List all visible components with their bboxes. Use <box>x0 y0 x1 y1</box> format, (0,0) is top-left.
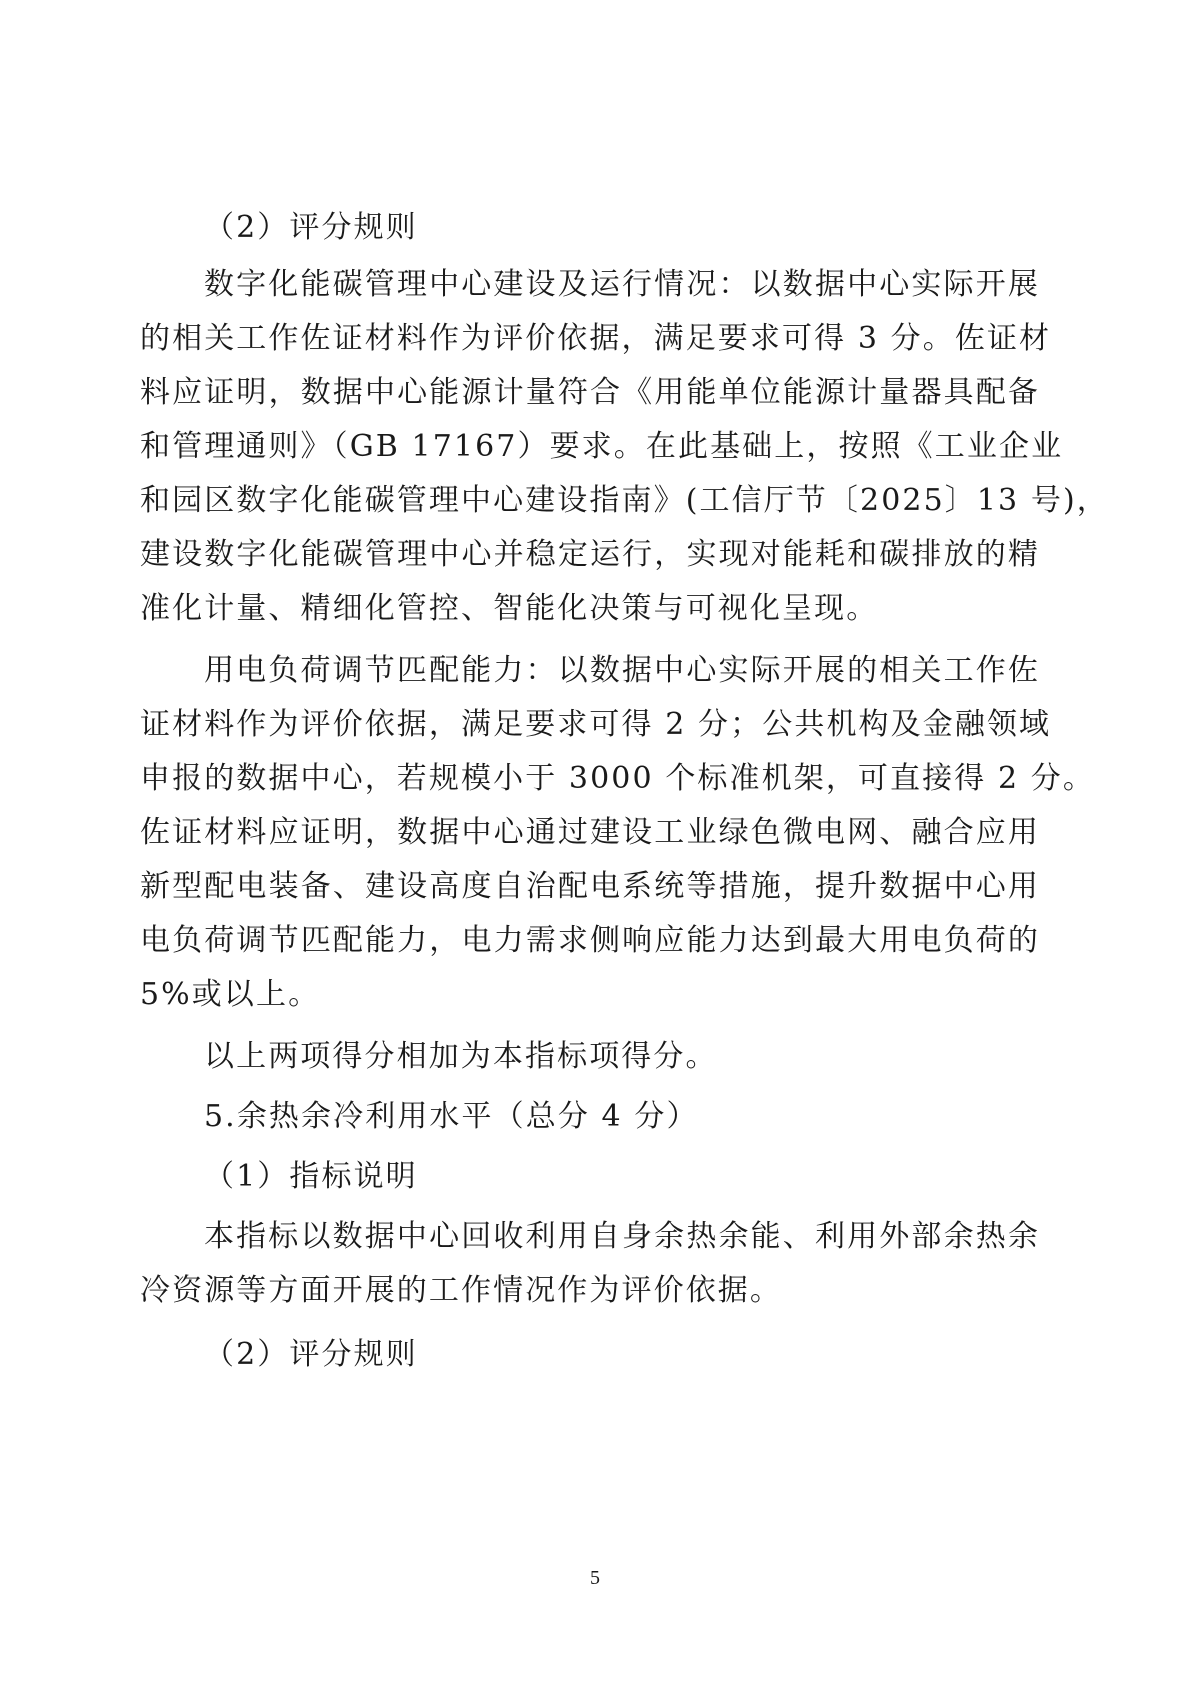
paragraph-line: 申报的数据中心，若规模小于 3000 个标准机架，可直接得 2 分。 <box>140 752 1040 806</box>
subheading-indicator-description: （1）指标说明 <box>204 1150 1040 1204</box>
section-heading-waste-heat: 5.余热余冷利用水平（总分 4 分） <box>204 1090 1040 1144</box>
paragraph-line: 证材料作为评价依据，满足要求可得 2 分；公共机构及金融领域 <box>140 698 1040 752</box>
paragraph-line: 的相关工作佐证材料作为评价依据，满足要求可得 3 分。佐证材 <box>140 312 1040 366</box>
paragraph-line: 以上两项得分相加为本指标项得分。 <box>204 1030 1040 1084</box>
subheading-scoring-rules: （2）评分规则 <box>204 201 1040 255</box>
paragraph-line: 建设数字化能碳管理中心并稳定运行，实现对能耗和碳排放的精 <box>140 528 1040 582</box>
paragraph-line: 冷资源等方面开展的工作情况作为评价依据。 <box>140 1264 1040 1318</box>
paragraph-line: 数字化能碳管理中心建设及运行情况：以数据中心实际开展 <box>204 258 1040 312</box>
paragraph-line: 电负荷调节匹配能力，电力需求侧响应能力达到最大用电负荷的 <box>140 914 1040 968</box>
paragraph-line: 佐证材料应证明，数据中心通过建设工业绿色微电网、融合应用 <box>140 806 1040 860</box>
paragraph-line: 准化计量、精细化管控、智能化决策与可视化呈现。 <box>140 582 1040 636</box>
paragraph-line: 和园区数字化能碳管理中心建设指南》(工信厅节〔2025〕13 号)， <box>140 474 1040 528</box>
paragraph-line: 料应证明，数据中心能源计量符合《用能单位能源计量器具配备 <box>140 366 1040 420</box>
paragraph-line: 本指标以数据中心回收利用自身余热余能、利用外部余热余 <box>204 1210 1040 1264</box>
paragraph-line: 用电负荷调节匹配能力：以数据中心实际开展的相关工作佐 <box>204 644 1040 698</box>
paragraph-line: 5%或以上。 <box>140 968 1040 1022</box>
subheading-scoring-rules-2: （2）评分规则 <box>204 1328 1040 1382</box>
document-page: （2）评分规则 数字化能碳管理中心建设及运行情况：以数据中心实际开展 的相关工作… <box>0 0 1190 1683</box>
page-number: 5 <box>0 1566 1190 1590</box>
paragraph-line: 新型配电装备、建设高度自治配电系统等措施，提升数据中心用 <box>140 860 1040 914</box>
paragraph-line: 和管理通则》（GB 17167）要求。在此基础上，按照《工业企业 <box>140 420 1040 474</box>
